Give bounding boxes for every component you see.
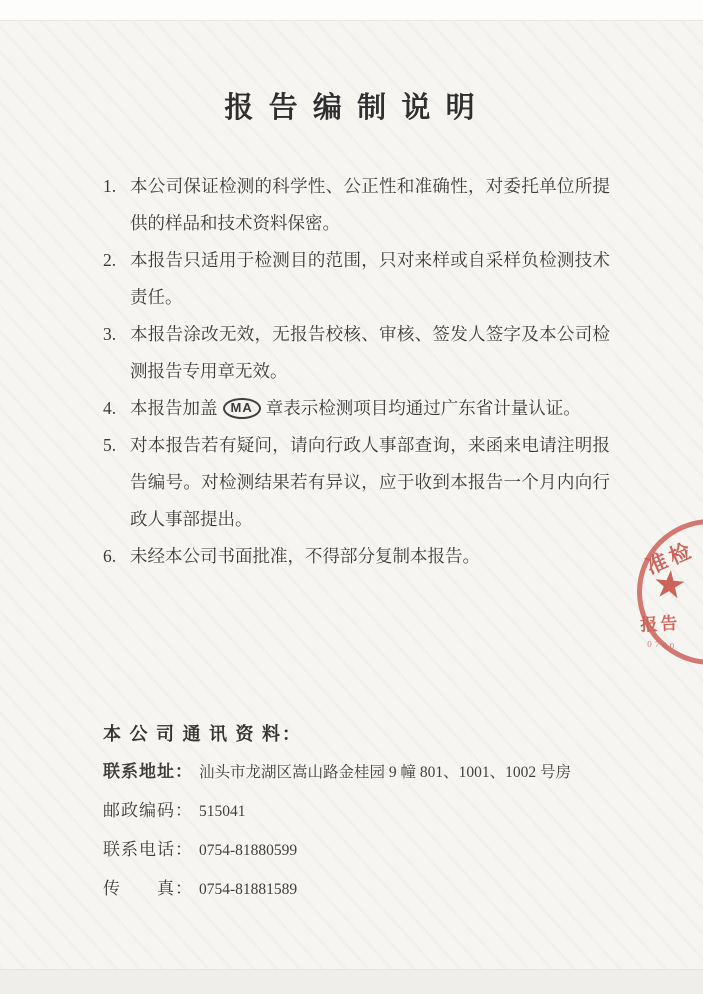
item-text: 本报告只适用于检测目的范围，只对来样或自采样负检测技术责任。	[130, 242, 610, 316]
contact-value: 0754-81880599	[199, 842, 297, 859]
item-text: 未经本公司书面批准，不得部分复制本报告。	[130, 538, 610, 575]
stamp-serial-digits: 0700	[647, 639, 678, 652]
list-item-6: 6. 未经本公司书面批准，不得部分复制本报告。	[103, 538, 615, 575]
item-text: 本报告加盖MA章表示检测项目均通过广东省计量认证。	[130, 390, 610, 427]
scan-edge-top	[0, 0, 703, 21]
contact-value: 汕头市龙湖区嵩山路金桂园 9 幢 801、1001、1002 号房	[199, 764, 571, 781]
item-number: 3.	[103, 316, 130, 353]
contact-label: 联系电话：	[103, 840, 193, 859]
contact-row-address: 联系地址：汕头市龙湖区嵩山路金桂园 9 幢 801、1001、1002 号房	[103, 753, 643, 792]
contact-heading: 本 公 司 通 讯 资 料：	[103, 715, 643, 753]
page-title: 报 告 编 制 说 明	[0, 86, 703, 130]
contact-row-fax: 传 真：0754-81881589	[103, 870, 643, 909]
item-number: 2.	[103, 242, 130, 279]
item-number: 6.	[103, 538, 130, 575]
item-text: 对本报告若有疑问，请向行政人事部查询，来函来电请注明报告编号。对检测结果若有异议…	[130, 427, 610, 538]
list-item-4: 4. 本报告加盖MA章表示检测项目均通过广东省计量认证。	[103, 390, 615, 427]
document-page: 报 告 编 制 说 明 1. 本公司保证检测的科学性、公正性和准确性，对委托单位…	[0, 0, 703, 994]
contact-row-postcode: 邮政编码：515041	[103, 792, 643, 831]
list-item-1: 1. 本公司保证检测的科学性、公正性和准确性，对委托单位所提供的样品和技术资料保…	[103, 168, 615, 242]
item-number: 5.	[103, 427, 130, 464]
contact-label: 邮政编码：	[103, 801, 193, 820]
item-text-after-mark: 章表示检测项目均通过广东省计量认证。	[266, 398, 581, 418]
item-text-before-mark: 本报告加盖	[130, 398, 218, 418]
stamp-label-text: 报告	[640, 609, 681, 636]
item-text: 本公司保证检测的科学性、公正性和准确性，对委托单位所提供的样品和技术资料保密。	[130, 168, 610, 242]
contact-block: 本 公 司 通 讯 资 料： 联系地址：汕头市龙湖区嵩山路金桂园 9 幢 801…	[103, 715, 643, 909]
item-number: 1.	[103, 168, 130, 205]
contact-value: 0754-81881589	[199, 881, 297, 898]
red-seal-stamp: 准检 ★ 报告 0700	[631, 513, 703, 671]
list-item-3: 3. 本报告涂改无效，无报告校核、审核、签发人签字及本公司检测报告专用章无效。	[103, 316, 615, 390]
contact-value: 515041	[199, 803, 246, 820]
stamp-star-icon: ★	[651, 563, 689, 608]
scan-edge-bottom	[0, 969, 703, 994]
contact-label: 传 真：	[103, 879, 193, 898]
notes-list: 1. 本公司保证检测的科学性、公正性和准确性，对委托单位所提供的样品和技术资料保…	[103, 168, 615, 575]
item-number: 4.	[103, 390, 130, 427]
contact-row-phone: 联系电话：0754-81880599	[103, 831, 643, 870]
contact-label: 联系地址：	[103, 762, 193, 781]
cma-certification-mark: MA	[223, 398, 261, 419]
list-item-2: 2. 本报告只适用于检测目的范围，只对来样或自采样负检测技术责任。	[103, 242, 615, 316]
list-item-5: 5. 对本报告若有疑问，请向行政人事部查询，来函来电请注明报告编号。对检测结果若…	[103, 427, 615, 538]
item-text: 本报告涂改无效，无报告校核、审核、签发人签字及本公司检测报告专用章无效。	[130, 316, 610, 390]
